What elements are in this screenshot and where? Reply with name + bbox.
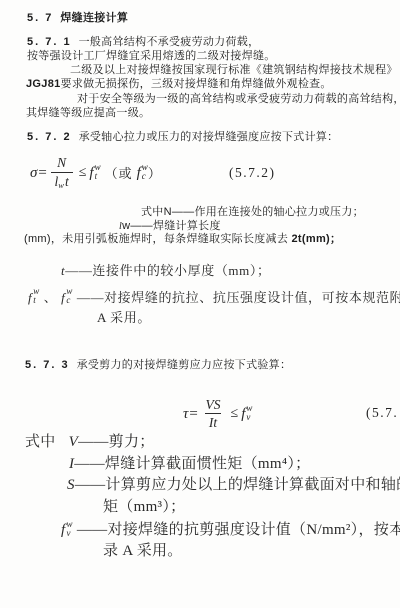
f-shear-symbol: fwv — [61, 521, 73, 540]
sub-t: t — [95, 172, 101, 181]
enumeration-comma: 、 — [44, 290, 58, 305]
section-title: 焊缝连接计算 — [60, 12, 128, 24]
clause-573-heading: 5. 7. 3承受剪力的对接焊缝剪应力应按下式验算： — [25, 360, 291, 371]
section-heading: 5. 7焊缝连接计算 — [27, 13, 128, 24]
var-f: f — [61, 523, 65, 538]
var-S: S — [67, 477, 75, 493]
f-compressive-symbol: fwc — [61, 288, 73, 307]
or-close-text: ） — [148, 167, 162, 180]
where-t-text: ——连接件中的较小厚度（mm）； — [65, 263, 270, 278]
where-V-text: ——剪力； — [78, 434, 155, 450]
where-lw-text2: (mm)，未用引弧板施焊时，每条焊缝取实际长度减去 — [24, 233, 292, 245]
f-tensile-symbol: fwt — [28, 288, 40, 307]
where-I-line: I——焊缝计算截面惯性矩（mm⁴）； — [69, 457, 310, 472]
standard-code: JGJ81 — [26, 78, 61, 90]
where-fv-text: ——对接焊缝的抗剪强度设计值（N/mm²），按本规范 — [77, 522, 400, 538]
where-lw-text: ——焊缝计算长度 — [130, 220, 220, 232]
clause-571-number: 5. 7. 1 — [27, 36, 72, 48]
var-t: t — [65, 174, 69, 189]
sub-c: c — [142, 172, 148, 181]
clause-571-text4: 要求做无损探伤，三级对接焊缝和角焊缝做外观检查。 — [61, 78, 332, 90]
var-f: f — [89, 166, 93, 181]
clause-571-line6: 其焊缝等级应提高一级。 — [26, 108, 150, 119]
formula-573: τ= VS It ≤ fwv — [183, 397, 252, 431]
fraction-numerator: N — [53, 156, 70, 171]
sigma-symbol: σ= — [30, 166, 48, 181]
sub-w: w — [58, 180, 64, 190]
fraction-VS-over-It: VS It — [202, 398, 225, 430]
where-fv-continued: 录 A 采用。 — [103, 544, 183, 559]
var-V: V — [69, 434, 78, 450]
two-t-mm: 2t(mm)； — [292, 233, 342, 245]
where-ft-fc-line: fwt 、 fwc ——对接焊缝的抗拉、抗压强度设计值，可按本规范附录 — [28, 288, 400, 307]
where-lw-line: lw——焊缝计算长度 — [119, 221, 221, 232]
tau-symbol: τ= — [183, 407, 199, 422]
var-f: f — [241, 407, 245, 422]
document-page: 5. 7焊缝连接计算 5. 7. 1一般高耸结构不承受疲劳动力荷载， 按等强设计… — [0, 0, 400, 608]
clause-572-title: 承受轴心拉力或压力的对接焊缝强度应按下式计算： — [79, 131, 339, 143]
clause-573-number: 5. 7. 3 — [25, 359, 70, 371]
clause-571-line5: 对于安全等级为一级的高耸结构或承受疲劳动力荷载的高耸结构， — [77, 94, 400, 105]
var-f: f — [28, 291, 32, 304]
formula-572: σ= N lwt ≤ fwt （或 fwc ） — [30, 155, 162, 191]
where-lw-continued: (mm)，未用引弧板施焊时，每条焊缝取实际长度减去 2t(mm)； — [24, 234, 341, 245]
var-f: f — [61, 291, 65, 304]
where-t-line: t——连接件中的较小厚度（mm）； — [61, 264, 271, 277]
formula-572-number: (5.7.2) — [229, 166, 276, 180]
or-open-text: （或 — [105, 167, 133, 180]
f-tensile-symbol: fwt — [89, 164, 100, 183]
clause-571-text1: 一般高耸结构不承受疲劳动力荷载， — [79, 36, 260, 48]
clause-573-title: 承受剪力的对接焊缝剪应力应按下式验算： — [77, 359, 292, 371]
clause-571-line2: 按等强设计工厂焊缝宜采用熔透的二级对接焊缝。 — [27, 51, 276, 62]
where-V-line: 式中V——剪力； — [25, 435, 155, 450]
clause-571-line4: JGJ81要求做无损探伤，三级对接焊缝和角焊缝做外观检查。 — [26, 79, 332, 90]
where-S-continued: 矩（mm³）； — [103, 500, 185, 515]
where-prefix: 式中 — [25, 434, 56, 450]
sub-t: t — [33, 296, 40, 305]
clause-572-number: 5. 7. 2 — [27, 131, 72, 143]
fraction-N-over-lwt: N lwt — [51, 156, 73, 189]
f-shear-symbol: fwv — [241, 405, 252, 424]
less-equal-sign: ≤ — [79, 166, 87, 180]
where-N-line: 式中N——作用在连接处的轴心拉力或压力； — [141, 207, 364, 218]
clause-572-heading: 5. 7. 2承受轴心拉力或压力的对接焊缝强度应按下式计算： — [27, 132, 338, 143]
var-f: f — [137, 166, 141, 181]
where-appendix-line: A 采用。 — [97, 311, 151, 324]
fraction-denominator: lwt — [51, 172, 73, 190]
where-ft-fc-text: ——对接焊缝的抗拉、抗压强度设计值，可按本规范附录 — [77, 290, 400, 305]
sub-c: c — [66, 296, 73, 305]
where-I-text: ——焊缝计算截面惯性矩（mm⁴）； — [74, 456, 310, 472]
less-equal-sign: ≤ — [231, 407, 239, 421]
where-fv-line: fwv ——对接焊缝的抗剪强度设计值（N/mm²），按本规范 — [61, 521, 400, 540]
clause-571-line1: 5. 7. 1一般高耸结构不承受疲劳动力荷载， — [27, 37, 259, 48]
fraction-denominator: It — [205, 413, 221, 430]
sub-v: v — [66, 529, 72, 538]
f-compressive-symbol: fwc — [137, 164, 148, 183]
section-number: 5. 7 — [27, 12, 53, 24]
sub-v: v — [246, 413, 252, 422]
where-S-text: ——计算剪应力处以上的焊缝计算截面对中和轴的面 — [75, 477, 400, 493]
formula-573-number: (5.7. — [366, 406, 398, 420]
clause-571-line3: 二级及以上对接焊缝按国家现行标准《建筑钢结构焊接技术规程》 — [70, 65, 398, 76]
where-S-line: S——计算剪应力处以上的焊缝计算截面对中和轴的面 — [67, 478, 400, 493]
fraction-numerator: VS — [202, 398, 225, 413]
